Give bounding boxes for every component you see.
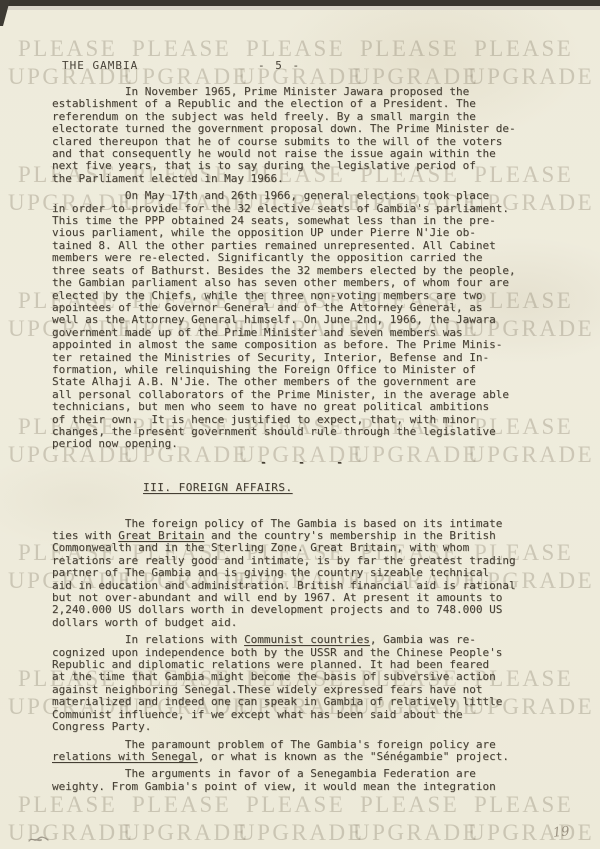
text-line: Congress Party. bbox=[52, 721, 534, 733]
text-line: the Parliament elected in May 1966. bbox=[52, 173, 534, 185]
watermark-text-please: PLEASE bbox=[246, 792, 345, 818]
scan-corner-shadow bbox=[0, 0, 10, 26]
page-header: THE GAMBIA - 5 - bbox=[0, 59, 600, 73]
paragraph: The foreign policy of The Gambia is base… bbox=[52, 518, 534, 630]
scanned-page: PLEASEPLEASEPLEASEPLEASEPLEASEUPGRADEUPG… bbox=[0, 0, 600, 849]
section-heading: III. FOREIGN AFFAIRS. bbox=[143, 482, 534, 494]
document-body: In November 1965, Prime Minister Jawara … bbox=[52, 86, 534, 793]
scan-edge-light bbox=[0, 6, 600, 10]
text-line: period now opening. bbox=[52, 438, 534, 450]
text-line: III. FOREIGN AFFAIRS. bbox=[143, 482, 534, 494]
pencil-smudge bbox=[27, 833, 51, 845]
paragraph: In November 1965, Prime Minister Jawara … bbox=[52, 86, 534, 185]
paragraph: On May 17th and 26th 1966, general elect… bbox=[52, 190, 534, 451]
text-line: dollars worth of budget aid. bbox=[52, 617, 534, 629]
watermark-text-please: PLEASE bbox=[474, 792, 573, 818]
pencil-page-note: 19 bbox=[552, 824, 570, 841]
watermark-text-please: PLEASE bbox=[132, 792, 231, 818]
watermark-text-upgrade: UPGRADE bbox=[238, 820, 364, 846]
paragraph: The arguments in favor of a Senegambia F… bbox=[52, 768, 534, 793]
text-line: weighty. From Gambia's point of view, it… bbox=[52, 781, 534, 793]
watermark-text-please: PLEASE bbox=[18, 792, 117, 818]
separator-dashes: - - - bbox=[52, 457, 534, 469]
paragraph: The paramount problem of The Gambia's fo… bbox=[52, 739, 534, 764]
document-title: THE GAMBIA bbox=[62, 59, 138, 72]
paragraph: In relations with Communist countries, G… bbox=[52, 634, 534, 733]
page-number: - 5 - bbox=[258, 59, 301, 72]
watermark-text-upgrade: UPGRADE bbox=[353, 820, 479, 846]
watermark-text-upgrade: UPGRADE bbox=[123, 820, 249, 846]
watermark-text-upgrade: UPGRADE bbox=[468, 820, 594, 846]
watermark-text-please: PLEASE bbox=[360, 792, 459, 818]
text-line: relations with Senegal, or what is known… bbox=[52, 751, 534, 763]
